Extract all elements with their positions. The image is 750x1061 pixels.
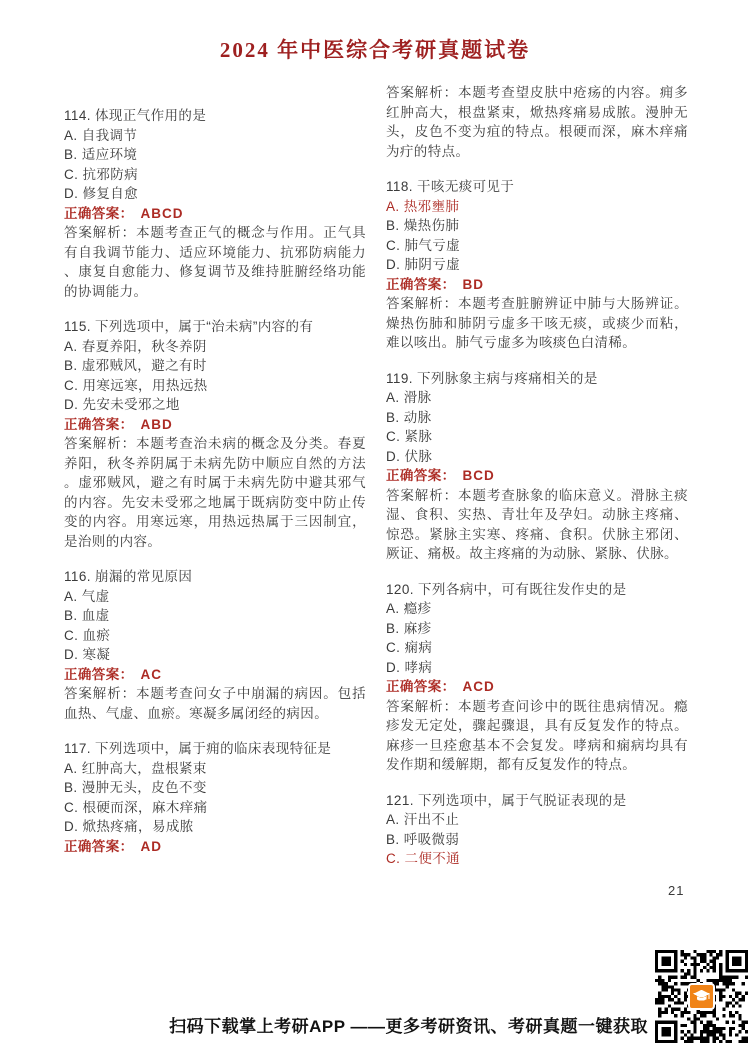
answer-explanation: 答案解析：本题考查脉象的临床意义。滑脉主痰湿、食积、实热、青壮年及孕妇。动脉主疼… — [386, 486, 688, 564]
option-C: C. 二便不通 — [386, 849, 688, 869]
right-column: 答案解析：本题考查望皮肤中疮疡的内容。痈多红肿高大，根盘紧束，焮热疼痛易成脓。漫… — [386, 83, 688, 883]
option-D: D. 先安未受邪之地 — [64, 395, 366, 415]
explanation-label: 答案解析： — [64, 436, 136, 451]
question-text: 118. 干咳无痰可见于 — [386, 177, 688, 197]
option-C: C. 血瘀 — [64, 626, 366, 646]
question-text: 119. 下列脉象主病与疼痛相关的是 — [386, 369, 688, 389]
correct-answer-value: BD — [463, 277, 485, 292]
question-text: 116. 崩漏的常见原因 — [64, 567, 366, 587]
question-text: 120. 下列各病中，可有既往发作史的是 — [386, 580, 688, 600]
option-D: D. 焮热疼痛，易成脓 — [64, 817, 366, 837]
option-B: B. 漫肿无头，皮色不变 — [64, 778, 366, 798]
correct-answer-value: AD — [141, 839, 163, 854]
option-A: A. 自我调节 — [64, 126, 366, 146]
option-C: C. 紧脉 — [386, 427, 688, 447]
page-title: 2024 年中医综合考研真题试卷 — [0, 34, 750, 64]
page-number: 21 — [668, 883, 684, 898]
option-D: D. 伏脉 — [386, 447, 688, 467]
answer-explanation: 答案解析：本题考查正气的概念与作用。正气具有自我调节能力、适应环境能力、抗邪防病… — [64, 223, 366, 301]
explanation-label: 答案解析： — [386, 85, 458, 100]
correct-answer-line: 正确答案：ABD — [64, 415, 366, 435]
option-B: B. 燥热伤肺 — [386, 216, 688, 236]
option-C: C. 根硬而深，麻木痒痛 — [64, 798, 366, 818]
option-A: A. 春夏养阳，秋冬养阴 — [64, 337, 366, 357]
correct-answer-line: 正确答案：AD — [64, 837, 366, 857]
option-A: A. 滑脉 — [386, 388, 688, 408]
option-D: D. 肺阴亏虚 — [386, 255, 688, 275]
correct-answer-label: 正确答案： — [64, 206, 134, 221]
option-B: B. 适应环境 — [64, 145, 366, 165]
answer-explanation: 答案解析：本题考查望皮肤中疮疡的内容。痈多红肿高大，根盘紧束，焮热疼痛易成脓。漫… — [386, 83, 688, 161]
question-text: 121. 下列选项中，属于气脱证表现的是 — [386, 791, 688, 811]
explanation-label: 答案解析： — [386, 699, 458, 714]
option-B: B. 虚邪贼风，避之有时 — [64, 356, 366, 376]
explanation-label: 答案解析： — [64, 686, 136, 701]
option-C: C. 痫病 — [386, 638, 688, 658]
qr-center-logo-icon — [688, 983, 715, 1010]
correct-answer-line: 正确答案：ACD — [386, 677, 688, 697]
answer-explanation: 答案解析：本题考查问女子中崩漏的病因。包括血热、气虚、血瘀。寒凝多属闭经的病因。 — [64, 684, 366, 723]
option-A: A. 气虚 — [64, 587, 366, 607]
correct-answer-label: 正确答案： — [64, 667, 134, 682]
explanation-label: 答案解析： — [386, 296, 458, 311]
option-A: A. 汗出不止 — [386, 810, 688, 830]
correct-answer-label: 正确答案： — [64, 839, 134, 854]
explanation-label: 答案解析： — [64, 225, 136, 240]
correct-answer-line: 正确答案：BCD — [386, 466, 688, 486]
question-text: 114. 体现正气作用的是 — [64, 106, 366, 126]
correct-answer-value: ABCD — [141, 206, 184, 221]
correct-answer-label: 正确答案： — [64, 417, 134, 432]
answer-explanation: 答案解析：本题考查问诊中的既往患病情况。瘾疹发无定处，骤起骤退，具有反复发作的特… — [386, 697, 688, 775]
option-A: A. 红肿高大，盘根紧束 — [64, 759, 366, 779]
correct-answer-line: 正确答案：BD — [386, 275, 688, 295]
correct-answer-line: 正确答案：ABCD — [64, 204, 366, 224]
option-B: B. 麻疹 — [386, 619, 688, 639]
option-D: D. 寒凝 — [64, 645, 366, 665]
answer-explanation: 答案解析：本题考查脏腑辨证中肺与大肠辨证。燥热伤肺和肺阴亏虚多干咳无痰，或痰少而… — [386, 294, 688, 353]
correct-answer-value: ABD — [141, 417, 173, 432]
answer-explanation: 答案解析：本题考查治未病的概念及分类。春夏养阳，秋冬养阴属于未病先防中顺应自然的… — [64, 434, 366, 551]
correct-answer-value: BCD — [463, 468, 495, 483]
graduation-cap-icon — [692, 987, 711, 1006]
correct-answer-value: ACD — [463, 679, 495, 694]
option-A: A. 瘾疹 — [386, 599, 688, 619]
correct-answer-value: AC — [141, 667, 163, 682]
option-C: C. 肺气亏虚 — [386, 236, 688, 256]
option-B: B. 血虚 — [64, 606, 366, 626]
question-text: 115. 下列选项中，属于“治未病”内容的有 — [64, 317, 366, 337]
explanation-label: 答案解析： — [386, 488, 458, 503]
option-D: D. 哮病 — [386, 658, 688, 678]
explanation-text: 本题考查治未病的概念及分类。春夏养阳，秋冬养阴属于未病先防中顺应自然的方法。虚邪… — [64, 436, 366, 549]
option-C: C. 抗邪防病 — [64, 165, 366, 185]
option-C: C. 用寒远寒，用热远热 — [64, 376, 366, 396]
option-B: B. 动脉 — [386, 408, 688, 428]
correct-answer-line: 正确答案：AC — [64, 665, 366, 685]
option-D: D. 修复自愈 — [64, 184, 366, 204]
correct-answer-label: 正确答案： — [386, 277, 456, 292]
correct-answer-label: 正确答案： — [386, 468, 456, 483]
exam-paper-page: 2024 年中医综合考研真题试卷 114. 体现正气作用的是A. 自我调节B. … — [0, 0, 750, 1061]
qr-code — [655, 950, 748, 1043]
footer-caption: 扫码下载掌上考研APP ——更多考研资讯、考研真题一键获取 — [40, 1012, 648, 1037]
correct-answer-label: 正确答案： — [386, 679, 456, 694]
question-text: 117. 下列选项中，属于痈的临床表现特征是 — [64, 739, 366, 759]
left-column: 114. 体现正气作用的是A. 自我调节B. 适应环境C. 抗邪防病D. 修复自… — [64, 106, 366, 856]
option-A: A. 热邪壅肺 — [386, 197, 688, 217]
option-B: B. 呼吸微弱 — [386, 830, 688, 850]
